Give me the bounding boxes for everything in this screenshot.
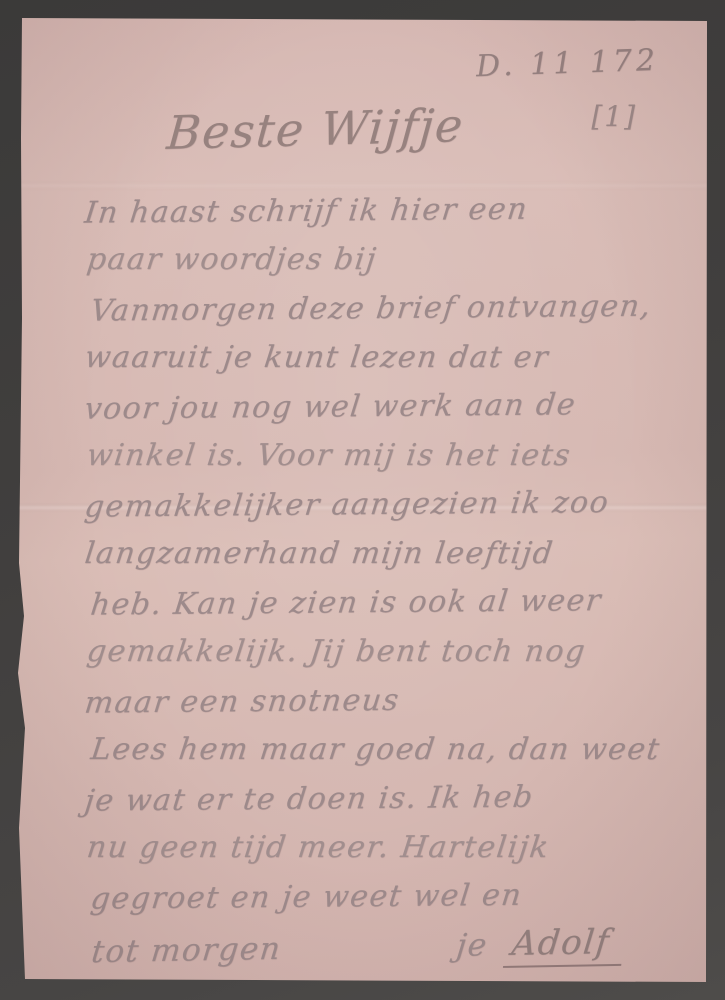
letter-line: nu geen tijd meer. Hartelijk	[84, 823, 688, 872]
letter-line: gemakkelijker aangezien ik zoo	[82, 477, 688, 531]
letter-line: langzamerhand mijn leeftijd	[82, 529, 688, 578]
letter-line: winkel is. Voor mij is het iets	[84, 431, 688, 480]
letter-line: je wat er te doen is. Ik heb	[82, 771, 688, 825]
closing-je: je	[455, 927, 490, 964]
letter-line: gemakkelijk. Jij bent toch nog	[84, 627, 688, 676]
letter-line: heb. Kan je zien is ook al weer	[88, 575, 688, 629]
signature: Adolf	[503, 922, 626, 968]
letter-paper: D. 11 172 [1] Beste Wijfje In haast schr…	[17, 18, 707, 982]
letter-line: maar een snotneus	[82, 673, 688, 727]
letter-line: Vanmorgen deze brief ontvangen,	[88, 281, 688, 335]
letter-line: gegroet en je weet wel en	[88, 869, 688, 923]
letter-line: In haast schrijf ik hier een	[82, 183, 688, 237]
closing-words: tot morgen	[90, 931, 284, 970]
closing-line: tot morgen je Adolf	[89, 921, 685, 975]
archival-number: D. 11 172	[475, 43, 659, 84]
letter-body: In haast schrijf ik hier een paar woordj…	[85, 186, 685, 921]
letter-line: waaruit je kunt lezen dat er	[82, 333, 688, 382]
page-number: [1]	[591, 100, 637, 133]
letter-line: paar woordjes bij	[84, 235, 688, 284]
letter-line: Lees hem maar goed na, dan weet	[88, 725, 688, 774]
salutation: Beste Wijfje	[165, 98, 466, 160]
letter-line: voor jou nog wel werk aan de	[82, 379, 688, 433]
